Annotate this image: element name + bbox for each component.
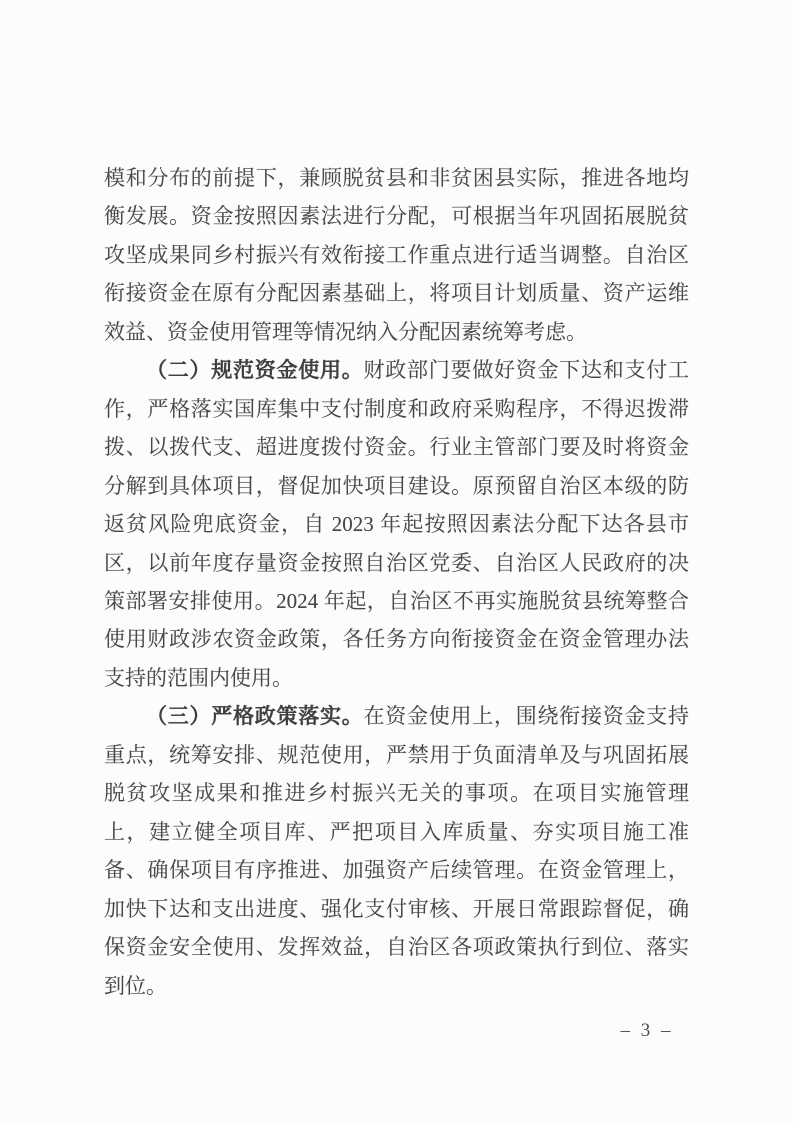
text-line: 保资金安全使用、发挥效益，自治区各项政策执行到位、落实: [104, 928, 689, 966]
document-body: 模和分布的前提下，兼顾脱贫县和非贫困县实际，推进各地均衡发展。资金按照因素法进行…: [104, 159, 689, 1005]
text-line: 分解到具体项目，督促加快项目建设。原预留自治区本级的防: [104, 467, 689, 505]
paragraph-fund-allocation-continued: 模和分布的前提下，兼顾脱贫县和非贫困县实际，推进各地均衡发展。资金按照因素法进行…: [104, 159, 689, 351]
text-line: 策部署安排使用。2024 年起，自治区不再实施脱贫县统筹整合: [104, 582, 689, 620]
text-line: 备、确保项目有序推进、加强资产后续管理。在资金管理上，: [104, 851, 689, 889]
page-number: – 3 –: [607, 1019, 687, 1043]
text-line: 区，以前年度存量资金按照自治区党委、自治区人民政府的决: [104, 544, 689, 582]
text-line: 脱贫攻坚成果和推进乡村振兴无关的事项。在项目实施管理: [104, 774, 689, 812]
text-line: 重点，统筹安排、规范使用，严禁用于负面清单及与巩固拓展: [104, 736, 689, 774]
scanned-document-page: { "document": { "kind": "scanned-officia…: [0, 0, 793, 1122]
text-line: 模和分布的前提下，兼顾脱贫县和非贫困县实际，推进各地均: [104, 159, 689, 197]
text-line: 作，严格落实国库集中支付制度和政府采购程序，不得迟拨滞: [104, 390, 689, 428]
text-line: （二）规范资金使用。财政部门要做好资金下达和支付工: [104, 351, 689, 389]
text-line: 加快下达和支出进度、强化支付审核、开展日常跟踪督促，确: [104, 890, 689, 928]
text-line: 支持的范围内使用。: [104, 659, 689, 697]
text-line: （三）严格政策落实。在资金使用上，围绕衔接资金支持: [104, 697, 689, 735]
text-line: 攻坚成果同乡村振兴有效衔接工作重点进行适当调整。自治区: [104, 236, 689, 274]
text-line: 效益、资金使用管理等情况纳入分配因素统筹考虑。: [104, 313, 689, 351]
paragraph-section-3-strict-policy-implementation: （三）严格政策落实。在资金使用上，围绕衔接资金支持重点，统筹安排、规范使用，严禁…: [104, 697, 689, 1005]
text-line: 拨、以拨代支、超进度拨付资金。行业主管部门要及时将资金: [104, 428, 689, 466]
text-line: 衔接资金在原有分配因素基础上，将项目计划质量、资产运维: [104, 274, 689, 312]
scan-edge-artifact: [0, 0, 793, 3]
text-line: 到位。: [104, 967, 689, 1005]
text-line: 使用财政涉农资金政策，各任务方向衔接资金在资金管理办法: [104, 620, 689, 658]
text-line: 上，建立健全项目库、严把项目入库质量、夯实项目施工准: [104, 813, 689, 851]
text-line: 衡发展。资金按照因素法进行分配，可根据当年巩固拓展脱贫: [104, 197, 689, 235]
text-line: 返贫风险兜底资金，自 2023 年起按照因素法分配下达各县市: [104, 505, 689, 543]
paragraph-section-2-standardize-fund-use: （二）规范资金使用。财政部门要做好资金下达和支付工作，严格落实国库集中支付制度和…: [104, 351, 689, 697]
section-heading: （三）严格政策落实。: [146, 704, 364, 728]
section-heading: （二）规范资金使用。: [146, 358, 364, 382]
